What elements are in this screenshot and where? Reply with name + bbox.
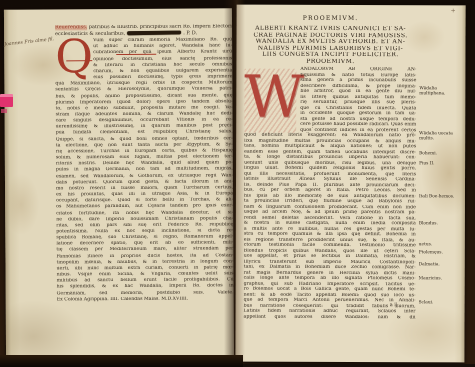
rubricated-word: Reuerendiss. [55,24,87,30]
heading-text: . P. D. [183,30,197,36]
pink-bookmark-speck [1,109,7,113]
colophon-dateline: Ex Colonia Agrippina. IIII. Calendas Mai… [57,296,234,303]
margin-note: Bohemi. [419,152,463,157]
margin-note: Ptolemęus. [419,251,463,256]
dropcap-initial-q: Q [55,39,90,76]
margin-note: Blondus. [419,222,463,227]
margin-note: Wādalia multiphana. [419,87,463,97]
right-page: + PROOEMIVM. ALBERTI KRANTZ IVRIS CANONI… [235,5,465,363]
margin-note: Itali Boe-hemos. [419,195,463,200]
left-body: Q Vum super claram memoriā Maximiliano R… [55,37,234,303]
heading-text: ecclesiasticis & secularibus, [55,30,125,36]
book-edge-bottom [0,355,243,367]
book-gutter-shadow [224,0,245,367]
margin-note: Sclaui. [419,301,463,306]
margin-note: Wādalia uocata multis. [419,132,463,142]
handwritten-inscription: Joannes Fris alme fil. [4,36,60,47]
pink-bookmark-tab [0,94,13,107]
left-page: Joannes Fris alme fil. Reuerendiss. patr… [4,8,234,357]
margin-note: uetus. [419,243,463,248]
margin-notes-column: Wādalia multiphana.Wādalia uocata multis… [235,5,465,363]
rubric-underline [66,60,92,61]
dedication-heading-line2: ecclesiasticis & secularibus,. P. D. [55,30,232,37]
heading-text: patribus & Illustrib. principibus sacri … [87,24,232,30]
signature-mark: a ij [382,302,406,308]
margin-note: Dalmatia. [419,263,463,268]
book-photo: Joannes Fris alme fil. Reuerendiss. patr… [0,0,475,367]
margin-note: Mauricius. [419,277,463,282]
left-text-block: Reuerendiss. patribus & Illustrib. princ… [55,24,234,303]
margin-note: Pius II. [419,162,463,167]
ink-strikethrough [127,30,181,35]
